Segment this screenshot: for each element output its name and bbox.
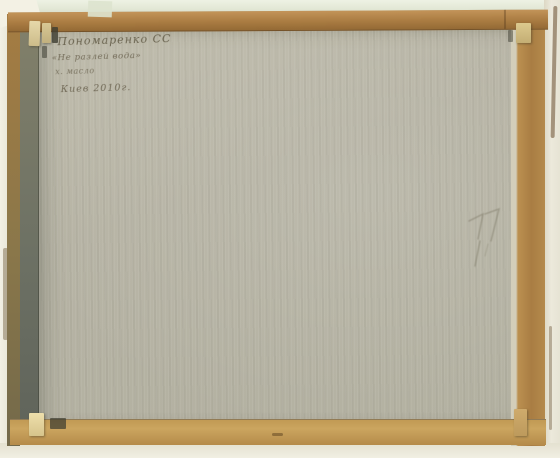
- inscription-title: «Не разлей вода»: [52, 49, 222, 64]
- corner-wedge-bottom-right: [514, 409, 527, 436]
- artist-inscription: Пономаренко СС «Не разлей вода» х. масло…: [51, 31, 223, 96]
- wood-knot: [272, 433, 283, 436]
- wedge-slot: [508, 30, 513, 42]
- pencil-scribble: [464, 204, 510, 278]
- wedge-slot: [42, 46, 47, 58]
- corner-wedge-top-left: [29, 21, 41, 46]
- frame-scuff-mark: [549, 326, 552, 430]
- corner-wedge-top-left: [42, 23, 51, 43]
- frame-edge-bottom: [0, 443, 560, 458]
- wedge-slot: [50, 418, 66, 429]
- painting-back-photo: Пономаренко СС «Не разлей вода» х. масло…: [0, 0, 560, 458]
- stretcher-bar-bottom: [10, 419, 546, 445]
- stretcher-bar-left: [20, 18, 39, 442]
- corner-wedge-bottom-left: [29, 413, 44, 436]
- corner-wedge-top-right: [516, 23, 531, 43]
- frame-clip: [88, 1, 113, 18]
- stretcher-bar-right: [511, 12, 545, 446]
- inscription-medium: х. масло: [55, 63, 222, 77]
- stretcher-bar-left-outer: [7, 14, 20, 446]
